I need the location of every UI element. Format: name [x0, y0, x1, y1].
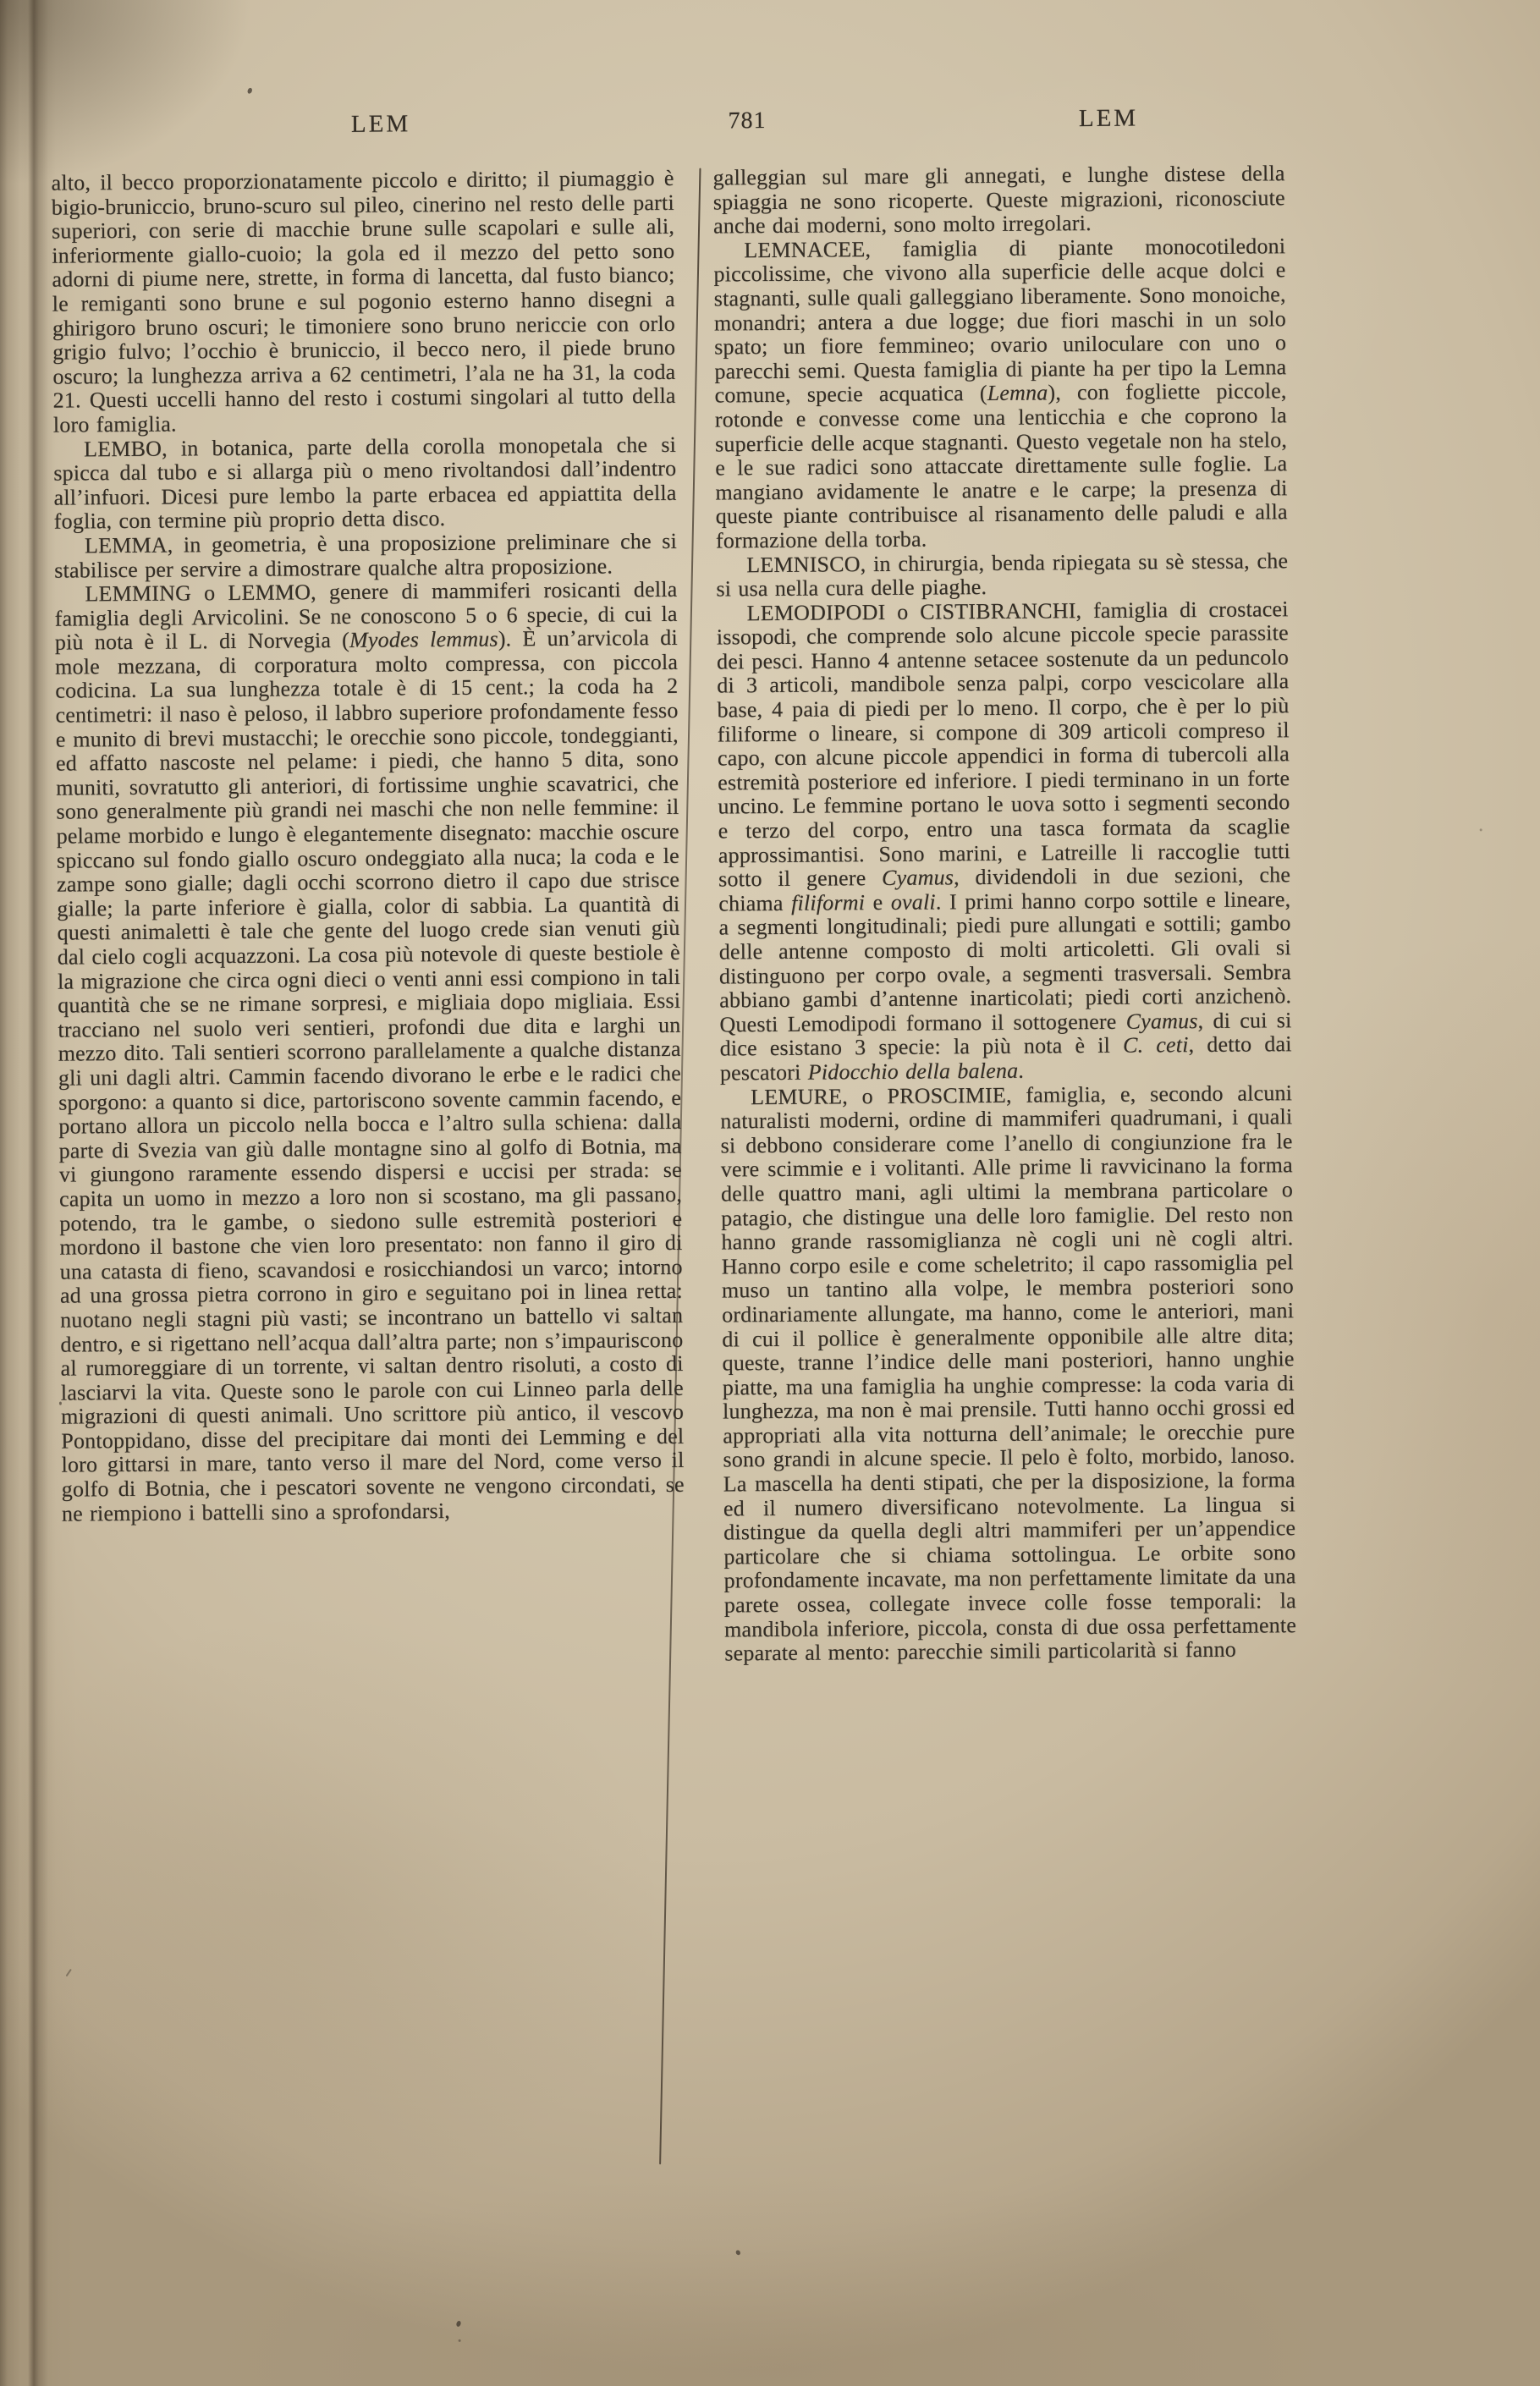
ink-speck [455, 2320, 461, 2327]
right-text-column: galleggian sul mare gli annegati, e lung… [712, 162, 1296, 1666]
book-page: LEM 781 LEM alto, il becco proporzionata… [0, 0, 1540, 2386]
ink-speck [247, 87, 253, 94]
entry-lemma: LEMMA, in geometria, è una proposizione … [54, 530, 677, 583]
ink-speck [459, 2339, 461, 2342]
ink-speck [735, 2249, 741, 2256]
running-head-left: LEM [317, 110, 444, 139]
page-number: 781 [684, 107, 811, 135]
entry-lemodipodi: LEMODIPODI o CISTIBRANCHI, famiglia di c… [717, 597, 1292, 1086]
ink-speck [59, 1402, 62, 1405]
entry-lemure: LEMURE, o PROSCIMIE, famiglia, e, second… [720, 1081, 1296, 1667]
left-paragraph-continuation: alto, il becco proporzionatamente piccol… [51, 167, 675, 437]
page-content: LEM 781 LEM alto, il becco proporzionata… [0, 0, 1540, 2386]
left-text-column: alto, il becco proporzionatamente piccol… [51, 167, 685, 1526]
screenshot-root: { "colors": { "paper": "#d2c6ad", "ink":… [0, 0, 1540, 2386]
ink-speck [1480, 828, 1482, 831]
running-head-right: LEM [1045, 104, 1172, 133]
right-paragraph-continuation: galleggian sul mare gli annegati, e lung… [712, 162, 1285, 239]
entry-lembo: LEMBO, in botanica, parte della corolla … [53, 432, 677, 534]
entry-lemnacee: LEMNACEE, famiglia di piante monocotiled… [713, 234, 1288, 553]
entry-lemnisco: LEMNISCO, in chirurgia, benda ripiegata … [716, 549, 1288, 602]
ink-speck [66, 1969, 72, 1976]
entry-lemming: LEMMING o LEMMO, genere di mammiferi ros… [54, 578, 685, 1526]
